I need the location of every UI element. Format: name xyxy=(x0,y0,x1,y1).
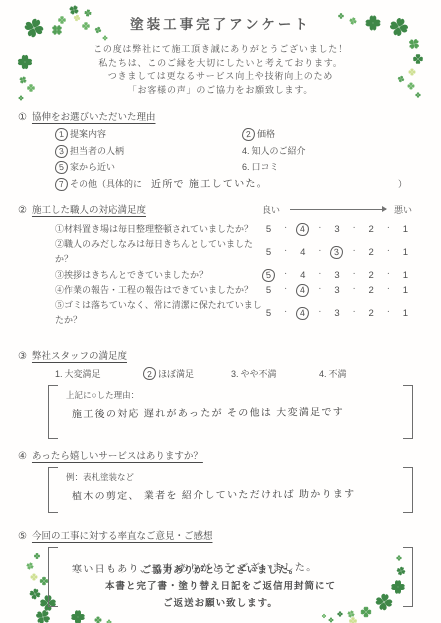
scale-dot: ・ xyxy=(385,268,391,283)
reason-answer-box: 上記に○した理由： 施工後の対応 遅れがあったが その他は 大変満足です xyxy=(48,385,413,439)
clover-icon xyxy=(103,36,108,41)
option-label: 大変満足 xyxy=(65,367,101,380)
section-number: ④ xyxy=(18,451,27,462)
scale-dot: ・ xyxy=(385,222,391,237)
rating-value: 4 xyxy=(296,269,309,282)
footer-line: 本書と完了書・塗り替え日記をご返信用封筒にて xyxy=(0,579,441,596)
clover-icon xyxy=(107,620,112,623)
section-title: 今回の工事に対する率直なご意見・ご感想 xyxy=(32,528,213,542)
section-heading: ④ あったら嬉しいサービスはありますか？ xyxy=(18,448,423,462)
survey-page: 塗装工事完了アンケート この度は弊社にて施工頂き誠にありがとうございました！ 私… xyxy=(0,0,441,623)
rating-value: 3 xyxy=(330,223,343,236)
rating-value: 3 xyxy=(330,284,343,297)
section-title: あったら嬉しいサービスはありますか？ xyxy=(32,448,203,462)
option-number: 6. xyxy=(242,160,250,176)
rating-value: 2 xyxy=(365,246,378,259)
rating-question: ⑤ゴミは落ちていなく、常に清潔に保たれていましたか？ xyxy=(55,298,262,328)
rating-scale-header: 良い 悪い xyxy=(262,203,412,216)
rating-scale: 5・4・3・2・1 xyxy=(262,268,412,283)
option-label: 価格 xyxy=(257,127,275,143)
selected-rating-circle: 4 xyxy=(296,306,310,320)
handwritten-other-detail: 近所で 施工していた。 xyxy=(151,176,268,193)
scale-dot: ・ xyxy=(385,306,391,321)
scale-dot: ・ xyxy=(351,306,357,321)
rating-value: 1 xyxy=(399,307,412,320)
rating-value: 5 xyxy=(262,307,275,320)
section-number: ① xyxy=(18,112,27,123)
rating-value: 3 xyxy=(330,307,343,320)
rating-value: 2 xyxy=(365,269,378,282)
selected-rating-circle: 4 xyxy=(296,283,310,297)
option-6: 6.口コミ xyxy=(242,160,423,176)
rating-scale: 5・4・3・2・1 xyxy=(262,222,412,237)
example-label: 例：表札塗装など xyxy=(66,471,395,483)
clover-icon xyxy=(94,616,101,623)
handwritten-service-request: 植木の剪定、 業者を 紹介していただければ 助かります xyxy=(72,485,395,503)
scale-dot: ・ xyxy=(283,222,289,237)
scale-dot: ・ xyxy=(283,268,289,283)
section-number: ③ xyxy=(18,351,27,362)
option-label: その他（具体的に xyxy=(70,177,142,193)
clover-icon xyxy=(329,618,334,623)
selected-circle-mark: 5 xyxy=(54,161,68,175)
section-heading: ① 協伸をお選びいただいた理由 xyxy=(18,109,423,123)
scale-dot: ・ xyxy=(283,245,289,260)
intro-line: この度は弊社にて施工頂き誠にありがとうございました！ xyxy=(0,43,441,57)
rating-value: 5 xyxy=(262,223,275,236)
option-label: やや不満 xyxy=(241,367,277,380)
option-2: 2価格 xyxy=(242,127,423,143)
option-label: 知人のご紹介 xyxy=(252,144,306,160)
selected-circle-mark: 3 xyxy=(54,144,68,158)
rating-value: 1 xyxy=(399,246,412,259)
rating-value: 2 xyxy=(365,307,378,320)
option-number: 4. xyxy=(319,369,327,379)
scale-dot: ・ xyxy=(351,268,357,283)
rating-value: 5 xyxy=(262,284,275,297)
option-1: 1提案内容 xyxy=(55,127,242,143)
rating-question: ②職人のみだしなみは毎日きちんとしていましたか？ xyxy=(55,237,262,267)
intro-line: 私たちは、このご縁を大切にしたいと考えております。 xyxy=(0,57,441,71)
option-1: 1.大変満足 xyxy=(55,367,143,380)
scale-dot: ・ xyxy=(283,283,289,298)
rating-value: 1 xyxy=(399,269,412,282)
service-answer-box: 例：表札塗装など 植木の剪定、 業者を 紹介していただければ 助かります xyxy=(48,467,413,513)
section-heading: ② 施工した職人の対応満足度 xyxy=(18,202,146,216)
scale-dot: ・ xyxy=(385,245,391,260)
rating-value: 2 xyxy=(365,284,378,297)
option-label: 提案内容 xyxy=(70,127,106,143)
rating-row: ③挨拶はきちんとできていましたか？5・4・3・2・1 xyxy=(55,268,423,283)
option-number: 4. xyxy=(242,144,250,160)
option-5: 5家から近い xyxy=(55,160,242,176)
section-title: 施工した職人の対応満足度 xyxy=(32,202,146,216)
rating-row: ②職人のみだしなみは毎日きちんとしていましたか？5・4・3・2・1 xyxy=(55,237,423,267)
rating-value: 3 xyxy=(330,269,343,282)
rating-row: ④作業の報告・工程の報告はできていましたか？5・4・3・2・1 xyxy=(55,283,423,298)
selected-circle-mark: 2 xyxy=(241,128,255,142)
section-heading: ⑤ 今回の工事に対する率直なご意見・ご感想 xyxy=(18,528,423,542)
option-label: 家から近い xyxy=(70,160,115,176)
rating-value: 1 xyxy=(399,223,412,236)
scale-dot: ・ xyxy=(283,306,289,321)
option-4: 4.知人のご紹介 xyxy=(242,144,423,160)
rating-scale: 5・4・3・2・1 xyxy=(262,306,412,321)
scale-dot: ・ xyxy=(317,283,323,298)
scale-dot: ・ xyxy=(351,222,357,237)
clover-icon xyxy=(337,611,342,616)
section-staff-satisfaction: ③ 弊社スタッフの満足度 1.大変満足2ほぼ満足3.やや不満4.不満 上記に○し… xyxy=(18,348,423,439)
section-desired-services: ④ あったら嬉しいサービスはありますか？ 例：表札塗装など 植木の剪定、 業者を… xyxy=(18,448,423,513)
clover-icon xyxy=(349,617,357,623)
scale-dot: ・ xyxy=(351,245,357,260)
rating-row: ①材料置き場は毎日整理整頓されていましたか？5・4・3・2・1 xyxy=(55,222,423,237)
rating-value: 5 xyxy=(262,246,275,259)
rating-value: 4 xyxy=(296,246,309,259)
section-worker-satisfaction: ② 施工した職人の対応満足度 良い 悪い ①材料置き場は毎日整理整頓されていまし… xyxy=(18,202,423,328)
option-number: 3. xyxy=(231,369,239,379)
rating-scale: 5・4・3・2・1 xyxy=(262,283,412,298)
handwritten-reason: 施工後の対応 遅れがあったが その他は 大変満足です xyxy=(72,403,395,421)
section-title: 協伸をお選びいただいた理由 xyxy=(32,109,156,123)
intro-text: この度は弊社にて施工頂き誠にありがとうございました！ 私たちは、このご縁を大切に… xyxy=(0,43,441,97)
footer-line: ご協力ありがとうございました。 xyxy=(0,563,441,580)
section-title: 弊社スタッフの満足度 xyxy=(32,348,127,362)
selected-circle-mark: 2 xyxy=(142,367,156,381)
page-title: 塗装工事完了アンケート xyxy=(0,0,441,33)
scale-dot: ・ xyxy=(317,245,323,260)
clover-icon xyxy=(322,614,326,618)
rating-scale: 5・4・3・2・1 xyxy=(262,245,412,260)
footer-line: ご返送お願い致します。 xyxy=(0,596,441,613)
option-2: 2ほぼ満足 xyxy=(143,367,231,380)
staff-satisfaction-options: 1.大変満足2ほぼ満足3.やや不満4.不満 xyxy=(55,367,423,380)
good-to-bad-arrow-icon xyxy=(290,209,386,210)
option-4: 4.不満 xyxy=(319,367,347,380)
section-choice-reasons: ① 協伸をお選びいただいた理由 1提案内容2価格3担当者の人柄4.知人のご紹介5… xyxy=(18,109,423,192)
rating-questions: ①材料置き場は毎日整理整頓されていましたか？5・4・3・2・1②職人のみだしなみ… xyxy=(55,222,423,328)
scale-dot: ・ xyxy=(351,283,357,298)
section-heading: ③ 弊社スタッフの満足度 xyxy=(18,348,423,362)
scale-dot: ・ xyxy=(317,222,323,237)
selected-rating-circle: 3 xyxy=(330,245,344,259)
rating-row: ⑤ゴミは落ちていなく、常に清潔に保たれていましたか？5・4・3・2・1 xyxy=(55,298,423,328)
option-3: 3.やや不満 xyxy=(231,367,319,380)
option-label: 不満 xyxy=(329,367,347,380)
intro-line: つきましては更なるサービス向上や技術向上のため xyxy=(0,70,441,84)
option-other: 7その他（具体的に近所で 施工していた。） xyxy=(55,177,423,193)
scale-dot: ・ xyxy=(317,268,323,283)
scale-dot: ・ xyxy=(317,306,323,321)
option-number: 1. xyxy=(55,369,63,379)
close-paren: ） xyxy=(398,177,407,193)
rating-value: 1 xyxy=(399,284,412,297)
footer-text: ご協力ありがとうございました。 本書と完了書・塗り替え日記をご返信用封筒にて ご… xyxy=(0,563,441,613)
section-number: ⑤ xyxy=(18,531,27,542)
selected-circle-mark: 1 xyxy=(54,128,68,142)
scale-dot: ・ xyxy=(385,283,391,298)
option-label: ほぼ満足 xyxy=(158,367,194,380)
rating-question: ①材料置き場は毎日整理整頓されていましたか？ xyxy=(55,222,262,237)
rating-value: 2 xyxy=(365,223,378,236)
selected-circle-mark: 7 xyxy=(54,177,68,191)
option-3: 3担当者の人柄 xyxy=(55,144,242,160)
option-label: 担当者の人柄 xyxy=(70,144,124,160)
intro-line: 「お客様の声」のご協力をお願致します。 xyxy=(0,84,441,98)
reason-label: 上記に○した理由： xyxy=(66,389,395,401)
scale-good-label: 良い xyxy=(262,203,280,216)
rating-question: ③挨拶はきちんとできていましたか？ xyxy=(55,268,262,283)
rating-question: ④作業の報告・工程の報告はできていましたか？ xyxy=(55,283,262,298)
option-label: 口コミ xyxy=(252,160,279,176)
selected-rating-circle: 5 xyxy=(261,268,275,282)
scale-bad-label: 悪い xyxy=(394,203,412,216)
selected-rating-circle: 4 xyxy=(296,222,310,236)
clover-icon xyxy=(71,610,85,623)
section-number: ② xyxy=(18,205,27,216)
reason-options: 1提案内容2価格3担当者の人柄4.知人のご紹介5家から近い6.口コミ7その他（具… xyxy=(55,127,423,192)
